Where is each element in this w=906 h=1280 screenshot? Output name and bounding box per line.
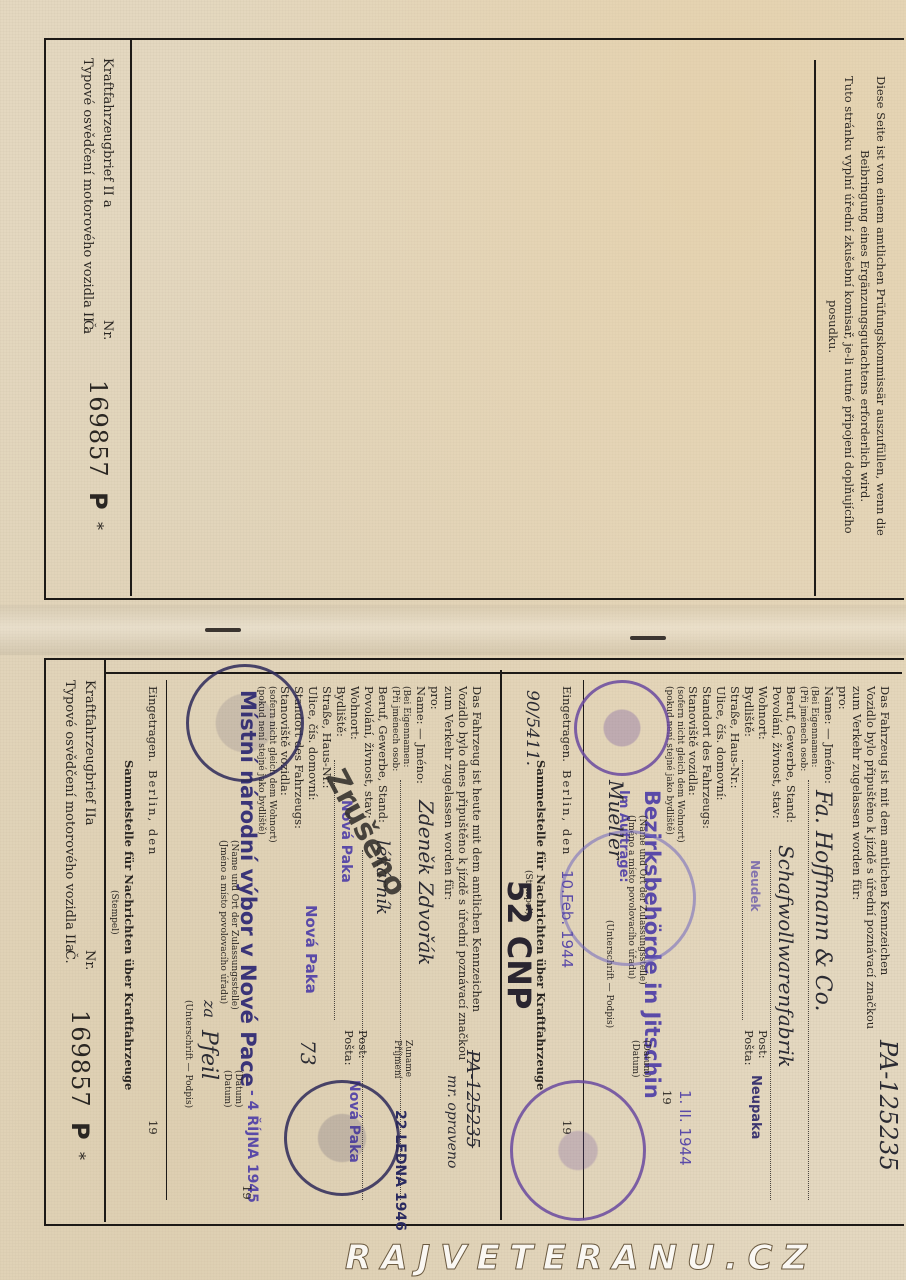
entry2-plate-note: mr. opraveno bbox=[444, 1075, 460, 1168]
entry1-year-prefix: 19 bbox=[660, 1090, 674, 1105]
entry2-wohnort-label: Wohnort: bbox=[348, 686, 362, 740]
entry2-house-number: 73 bbox=[296, 1040, 320, 1065]
entry2-datum-de: (Datum) bbox=[232, 1070, 243, 1108]
entry1-strasse-label: Straße, Haus-Nr.: bbox=[728, 686, 742, 789]
entry2-beruf-label: Beruf, Gewerbe, Stand: bbox=[376, 686, 390, 823]
entry2-pro: pro: bbox=[428, 686, 442, 710]
entry2-bei-eigennamen: (Bei Eigennamen: bbox=[400, 686, 411, 767]
entry2-sammelstelle: Sammelstelle für Nachrichten über Kraftf… bbox=[122, 760, 136, 1090]
entry2-zuname: Zuname bbox=[402, 1040, 413, 1077]
notice-line-4: posudku. bbox=[826, 300, 840, 353]
top-sidebar-c-label: Č. bbox=[80, 320, 94, 334]
top-page-divider-right bbox=[814, 60, 816, 596]
entry1-name-value: Fa. Hoffmann & Co. bbox=[810, 790, 835, 1011]
entry1-name-label: Name: — Jméno: bbox=[822, 686, 836, 784]
staple-right bbox=[630, 636, 666, 640]
entry1-standort-label: Standort des Fahrzeugs: bbox=[700, 686, 714, 829]
entry1-dotted-line-1 bbox=[808, 780, 809, 1200]
entry1-posta-label: Pošta: bbox=[742, 1030, 756, 1065]
entry2-signature-prefix: za bbox=[200, 1000, 219, 1018]
bottom-sidebar-nr-label: Nr. bbox=[82, 950, 96, 970]
entry2-intro-cs: Vozidlo bylo dnes připuštěno k jízdě s ú… bbox=[456, 686, 470, 1060]
top-star-mark: * bbox=[88, 522, 107, 530]
entry1-intro-de2: zum Verkehr zugelassen worden für: bbox=[850, 686, 864, 900]
top-sidebar-title-cs: Typové osvědčení motorového vozidla II a bbox=[80, 58, 94, 334]
entry2-unterschrift: (Unterschrift — Podpis) bbox=[182, 1000, 193, 1108]
entry2-intro-de: Das Fahrzeug ist heute mit dem amtlichen… bbox=[470, 686, 484, 1012]
entry2-round-stamp-bottom bbox=[284, 1080, 400, 1196]
entry1-povolani-label: Povolání, živnost, stav: bbox=[770, 686, 784, 819]
entry2-name-ort-de: (Name und Ort der Zulassungsstelle) bbox=[228, 840, 239, 1010]
entry1-sammelstelle-round-stamp bbox=[510, 1080, 646, 1221]
entry2-intro-de2: zum Verkehr zugelassen worden für: bbox=[442, 686, 456, 900]
top-page-divider-left bbox=[130, 40, 132, 596]
entry1-post-label: Post: bbox=[756, 1030, 770, 1059]
notice-line-1: Diese Seite ist von einem amtlichen Prüf… bbox=[874, 76, 888, 536]
top-document-number: 169857 bbox=[84, 380, 112, 478]
top-series-letter: P bbox=[84, 492, 112, 510]
entry2-stempel2: (Stempel) bbox=[108, 890, 119, 935]
bottom-sidebar-title-de: Kraftfahrzeugbrief IIa bbox=[82, 680, 96, 825]
entry2-ulice-label: Ulice, čís. domovní: bbox=[306, 686, 320, 801]
notice-line-2: Beibringung eines Ergänzungsgutachtens e… bbox=[858, 150, 872, 502]
entry1-big-stamp: 52 CNP bbox=[500, 880, 538, 1009]
bottom-document-number: 169857 bbox=[66, 1010, 94, 1108]
entry1-berlin: Berlin, den bbox=[560, 770, 574, 856]
bottom-star-mark: * bbox=[70, 1152, 89, 1160]
entry1-wohnort-value: Neudek bbox=[748, 860, 762, 911]
entry1-dotted-line-2 bbox=[770, 850, 771, 1200]
notice-line-3: Tuto stránku vyplní úřední zkušební komi… bbox=[842, 76, 856, 534]
entry1-date-stamp: 1. II. 1944 bbox=[676, 1090, 694, 1166]
entry2-round-stamp-top bbox=[186, 664, 304, 782]
entry2-year2: 19 bbox=[146, 1120, 160, 1135]
entry1-intro-cs: Vozidlo bylo připuštěno k jízdě s úřední… bbox=[864, 686, 878, 1029]
entry1-beruf-label: Beruf, Gewerbe, Stand: bbox=[784, 686, 798, 823]
entry2-pri-jmenech: (Při jménech osob: bbox=[389, 686, 400, 771]
entry2-name-value: Zdeněk Zdvořák bbox=[414, 800, 438, 965]
staple-left bbox=[205, 628, 241, 632]
entry1-datum-de: (Datum) bbox=[640, 1040, 651, 1078]
entry2-berlin: Berlin, den bbox=[146, 770, 160, 856]
entry2-plate-handwritten: PA-125235 bbox=[462, 1050, 483, 1148]
entry2-signature: Pfeil bbox=[196, 1030, 221, 1080]
entry2-bydliste-label: Bydliště: bbox=[334, 686, 348, 737]
entry1-datum-cs: (Datum) bbox=[629, 1040, 640, 1078]
entry1-standort-note-de: (sofern nicht gleich dem Wohnort) bbox=[674, 686, 685, 843]
bottom-sidebar-c-label: Č. bbox=[62, 950, 76, 964]
entry1-dotted-line-3 bbox=[742, 760, 743, 1020]
entry2-datum-cs: (Datum) bbox=[221, 1070, 232, 1108]
entry2-year-prefix: 19 bbox=[240, 1185, 254, 1200]
top-sidebar-title-de: Kraftfahrzeugbrief II a bbox=[100, 58, 114, 208]
entry2-eingetragen: Eingetragen. bbox=[146, 686, 160, 762]
entry1-authority-round-stamp bbox=[560, 830, 696, 966]
bottom-series-letter: P bbox=[66, 1122, 94, 1140]
entry2-posta-label: Pošta: bbox=[342, 1030, 356, 1065]
top-page-frame bbox=[44, 38, 904, 600]
center-fold bbox=[0, 605, 906, 655]
entry1-post-value: Neupaka bbox=[748, 1075, 763, 1139]
entry1-berlin-date: 10.Feb. 1944 bbox=[558, 870, 576, 968]
entry2-name-label: Name: — Jméno: bbox=[414, 686, 428, 784]
entry1-eagle-stamp bbox=[574, 680, 670, 776]
entry1-margin-note: 90/5411. bbox=[522, 690, 542, 766]
entry1-stanoviste-label: Stanoviště vozidla: bbox=[686, 686, 700, 796]
entry1-beruf-value: Schafwollwarenfabrik bbox=[774, 845, 798, 1068]
entry1-bei-eigennamen: (Bei Eigennamen: bbox=[808, 686, 819, 767]
entry2-street-value: Nová Paka bbox=[302, 905, 320, 994]
entry1-bydliste-label: Bydliště: bbox=[742, 686, 756, 737]
entry2-underline bbox=[166, 680, 167, 1200]
entry2-name-ort-cs: (Jméno a místo povolovacího úřadu) bbox=[217, 840, 228, 1004]
entry1-pro: pro: bbox=[836, 686, 850, 710]
entry2-post-label: Post: bbox=[356, 1030, 370, 1059]
entry1-pri-jmenech: (Při jménech osob: bbox=[797, 686, 808, 771]
bottom-page-divider-left bbox=[104, 660, 106, 1222]
entry1-plate-handwritten: PA-125235 bbox=[874, 1040, 902, 1171]
entry1-wohnort-label: Wohnort: bbox=[756, 686, 770, 740]
top-sidebar-nr-label: Nr. bbox=[100, 320, 114, 340]
entry1-eingetragen: Eingetragen. bbox=[560, 686, 574, 762]
entry1-ulice-label: Ulice, čís. domovní: bbox=[714, 686, 728, 801]
bottom-sidebar-title-cs: Typové osvědčení motorového vozidla IIa bbox=[62, 680, 76, 952]
entry1-intro-de: Das Fahrzeug ist mit dem amtlichen Kennz… bbox=[878, 686, 892, 975]
watermark: RAJVETERANU.CZ bbox=[345, 1238, 817, 1278]
